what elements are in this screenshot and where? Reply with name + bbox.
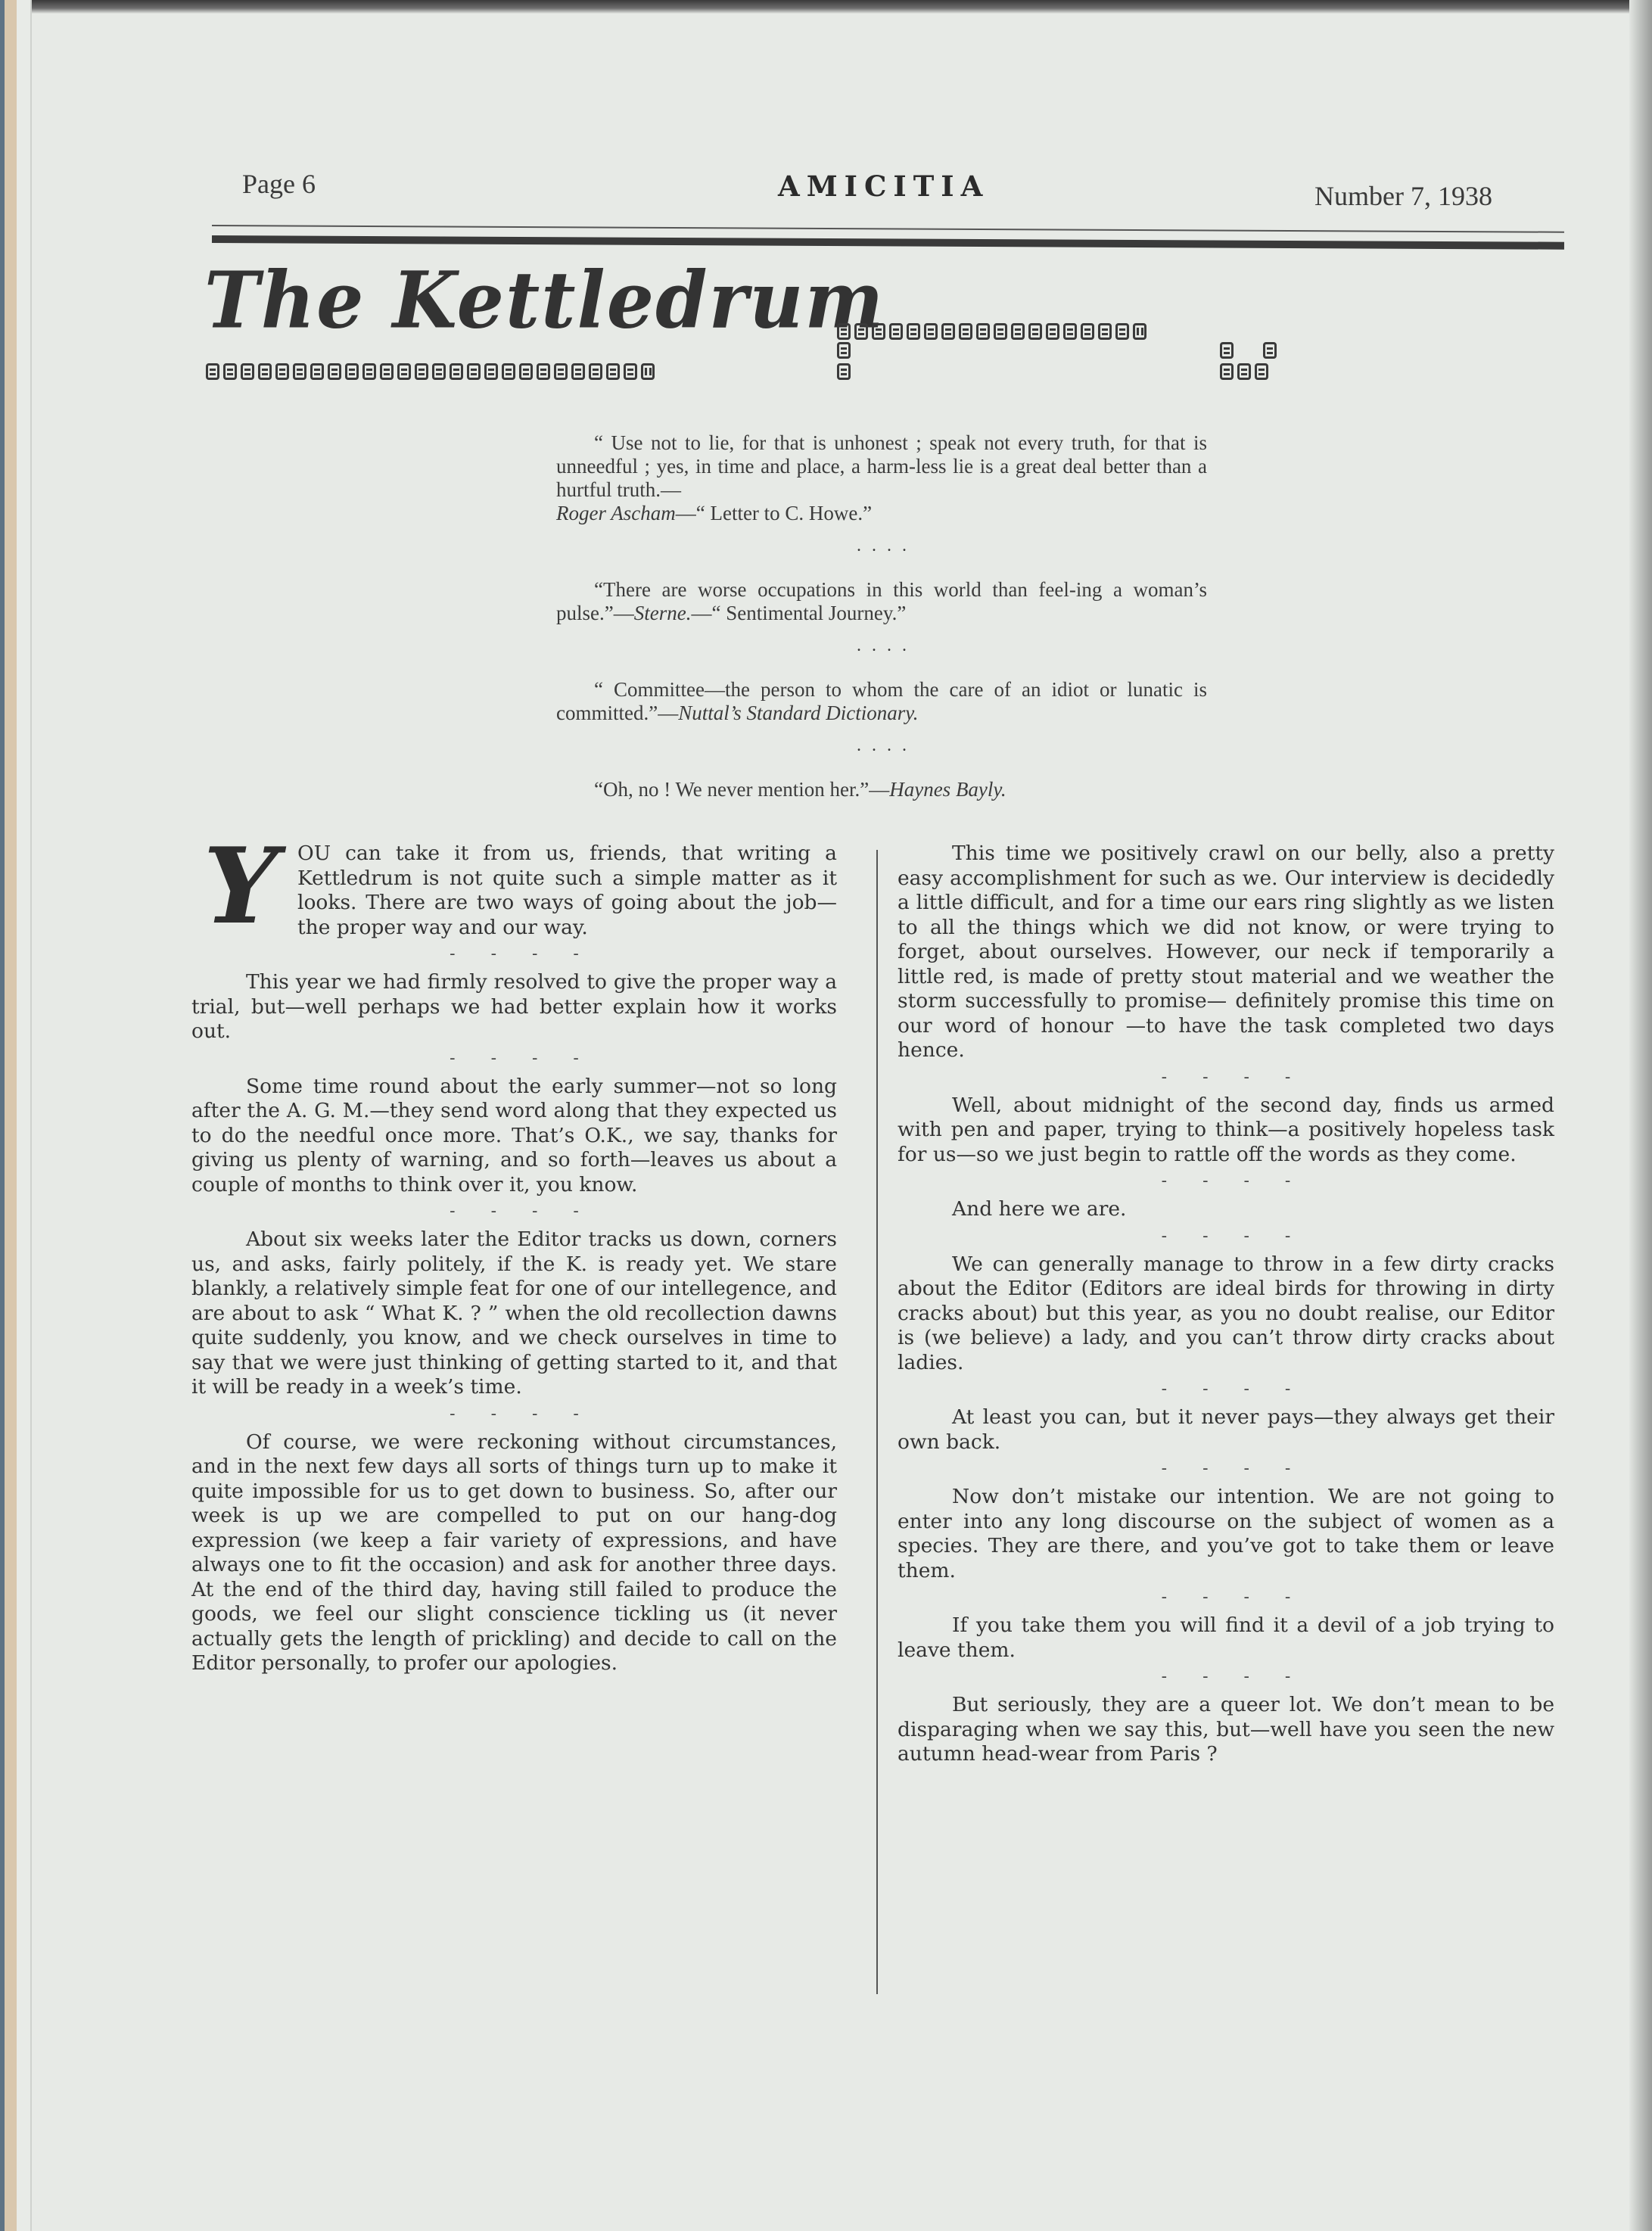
- paragraph-text: We can generally manage to throw in a fe…: [898, 1252, 1554, 1374]
- greek-key-tile: [1220, 342, 1234, 359]
- epigraph-author: Nuttal’s Standard Dictionary.: [678, 702, 918, 724]
- paragraph-text: If you take them you will find it a devi…: [898, 1613, 1554, 1662]
- greek-key-tile: [1028, 323, 1042, 340]
- greek-key-tile: [362, 363, 376, 380]
- greek-key-tile: [415, 363, 428, 380]
- epigraph: “ Committee—the person to whom the care …: [556, 678, 1207, 725]
- article-right-column: This time we positively crawl on our bel…: [898, 842, 1554, 1767]
- paragraph-text: OU can take it from us, friends, that wr…: [297, 842, 837, 939]
- greek-key-tile: [959, 323, 972, 340]
- greek-key-tile: [258, 363, 272, 380]
- epigraph-separator: ....: [556, 536, 1207, 555]
- greek-key-tile: [889, 323, 903, 340]
- greek-key-tile: [537, 363, 550, 380]
- greek-key-tile: [380, 363, 394, 380]
- greek-key-tile: [293, 363, 306, 380]
- greek-key-tile: [1255, 363, 1268, 380]
- paragraph-separator: - - - -: [191, 943, 837, 966]
- greek-key-tile: [589, 363, 602, 380]
- greek-key-tile: [241, 363, 254, 380]
- article-paragraph: This year we had firmly resolved to give…: [191, 970, 837, 1044]
- epigraph-text: “There are worse occupations in this wor…: [556, 578, 1207, 625]
- paragraph-separator: - - - -: [898, 1586, 1554, 1609]
- greek-key-tile: [467, 363, 481, 380]
- greek-key-tile: [941, 323, 955, 340]
- greek-key-tile: [924, 323, 938, 340]
- greek-key-tile: [328, 363, 341, 380]
- paragraph-text: At least you can, but it never pays—they…: [898, 1405, 1554, 1454]
- greek-key-tile: [223, 363, 237, 380]
- greek-key-tile: [1046, 323, 1059, 340]
- article-left-column: YOU can take it from us, friends, that w…: [191, 842, 837, 1676]
- paragraph-text: And here we are.: [952, 1197, 1126, 1221]
- greek-key-tile: [1263, 342, 1277, 359]
- greek-key-tile: [484, 363, 498, 380]
- paragraph-separator: - - - -: [898, 1458, 1554, 1480]
- greek-key-tile: [1011, 323, 1025, 340]
- greek-key-tile: [837, 342, 851, 359]
- epigraph-work: —“ Sentimental Journey.”: [691, 602, 906, 624]
- greek-key-tile: [571, 363, 585, 380]
- drop-cap: Y: [191, 845, 290, 928]
- issue-number: Number 7, 1938: [1314, 180, 1492, 212]
- epigraph-author: Sterne.: [634, 602, 692, 624]
- greek-key-row: [1220, 363, 1268, 380]
- epigraph-quote: “Oh, no ! We never mention her.”—: [594, 778, 889, 801]
- greek-key-tile: [275, 363, 289, 380]
- article-paragraph: Some time round about the early summer—n…: [191, 1075, 837, 1198]
- greek-key-tile: [1081, 323, 1094, 340]
- section-title: The Kettledrum: [204, 255, 885, 347]
- paragraph-text: This year we had firmly resolved to give…: [191, 970, 837, 1043]
- greek-key-tile: [1237, 363, 1251, 380]
- article-paragraph: Well, about midnight of the second day, …: [898, 1094, 1554, 1168]
- paragraph-separator: - - - -: [898, 1225, 1554, 1248]
- epigraph-work: —“ Letter to C. Howe.”: [676, 502, 872, 524]
- greek-key-tile: [432, 363, 446, 380]
- paragraph-text: Well, about midnight of the second day, …: [898, 1094, 1554, 1166]
- greek-key-tile: [1098, 323, 1112, 340]
- greek-key-tile: [854, 323, 868, 340]
- epigraph-separator: ....: [556, 636, 1207, 655]
- epigraph-attribution: Roger Ascham—“ Letter to C. Howe.”: [556, 502, 1207, 525]
- epigraph-author: Haynes Bayly.: [889, 778, 1006, 801]
- paragraph-separator: - - - -: [898, 1066, 1554, 1089]
- article-paragraph: Of course, we were reckoning without cir…: [191, 1430, 837, 1676]
- greek-key-row: [1263, 342, 1277, 359]
- column-divider: [876, 850, 878, 1994]
- article-paragraph: At least you can, but it never pays—they…: [898, 1405, 1554, 1455]
- greek-key-row: [206, 363, 655, 380]
- paragraph-text: Some time round about the early summer—n…: [191, 1075, 837, 1196]
- greek-key-row: [837, 363, 851, 380]
- greek-key-tile: [1063, 323, 1077, 340]
- greek-key-tile: [1220, 363, 1234, 380]
- greek-key-row: [1220, 342, 1234, 359]
- greek-key-row: [837, 323, 1146, 340]
- greek-key-tile: [624, 363, 637, 380]
- greek-key-tile: [519, 363, 533, 380]
- epigraph-text: “Oh, no ! We never mention her.”—Haynes …: [556, 778, 1207, 801]
- article-paragraph: This time we positively crawl on our bel…: [898, 842, 1554, 1063]
- scan-edge-left: [0, 0, 30, 2231]
- article-paragraph: If you take them you will find it a devi…: [898, 1613, 1554, 1663]
- epigraph: “ Use not to lie, for that is unhonest ;…: [556, 431, 1207, 525]
- paragraph-text: About six weeks later the Editor tracks …: [191, 1228, 837, 1399]
- paragraph-text: But seriously, they are a queer lot. We …: [898, 1693, 1554, 1766]
- page-number: Page 6: [242, 168, 316, 200]
- greek-key-tile: [450, 363, 463, 380]
- epigraph-author: Roger Ascham: [556, 502, 676, 524]
- publication-title: AMICITIA: [778, 170, 989, 203]
- greek-key-tile: [1133, 323, 1146, 340]
- greek-key-tile: [502, 363, 515, 380]
- greek-key-tile: [872, 323, 885, 340]
- article-paragraph: Now don’t mistake our intention. We are …: [898, 1485, 1554, 1583]
- article-paragraph: We can generally manage to throw in a fe…: [898, 1252, 1554, 1376]
- greek-key-tile: [994, 323, 1007, 340]
- article-paragraph: But seriously, they are a queer lot. We …: [898, 1693, 1554, 1767]
- greek-key-row: [837, 342, 851, 359]
- epigraph: “There are worse occupations in this wor…: [556, 578, 1207, 625]
- paragraph-text: Of course, we were reckoning without cir…: [191, 1430, 837, 1676]
- greek-key-tile: [554, 363, 568, 380]
- scan-edge-right: [1629, 0, 1652, 2231]
- greek-key-tile: [1115, 323, 1129, 340]
- paragraph-separator: - - - -: [898, 1170, 1554, 1193]
- epigraph-text: “ Committee—the person to whom the care …: [556, 678, 1207, 725]
- epigraph-text: “ Use not to lie, for that is unhonest ;…: [556, 431, 1207, 502]
- paragraph-separator: - - - -: [191, 1403, 837, 1426]
- greek-key-tile: [907, 323, 920, 340]
- greek-key-tile: [606, 363, 620, 380]
- greek-key-tile: [976, 323, 990, 340]
- paragraph-text: Now don’t mistake our intention. We are …: [898, 1485, 1554, 1582]
- greek-key-tile: [641, 363, 655, 380]
- greek-key-tile: [397, 363, 411, 380]
- greek-key-tile: [206, 363, 219, 380]
- epigraph-quote: “ Use not to lie, for that is unhonest ;…: [556, 431, 1207, 501]
- scan-edge-top: [0, 0, 1652, 14]
- article-paragraph: And here we are.: [898, 1197, 1554, 1222]
- article-paragraph: YOU can take it from us, friends, that w…: [191, 842, 837, 940]
- greek-key-tile: [837, 363, 851, 380]
- paragraph-text: This time we positively crawl on our bel…: [898, 842, 1554, 1062]
- paragraph-separator: - - - -: [898, 1378, 1554, 1401]
- article-paragraph: About six weeks later the Editor tracks …: [191, 1228, 837, 1400]
- greek-key-tile: [310, 363, 324, 380]
- greek-key-tile: [837, 323, 851, 340]
- paragraph-separator: - - - -: [191, 1047, 837, 1070]
- epigraph-separator: ....: [556, 736, 1207, 755]
- epigraphs: “ Use not to lie, for that is unhonest ;…: [556, 431, 1207, 801]
- paragraph-separator: - - - -: [191, 1200, 837, 1223]
- paragraph-separator: - - - -: [898, 1666, 1554, 1688]
- epigraph: “Oh, no ! We never mention her.”—Haynes …: [556, 778, 1207, 801]
- greek-key-tile: [345, 363, 359, 380]
